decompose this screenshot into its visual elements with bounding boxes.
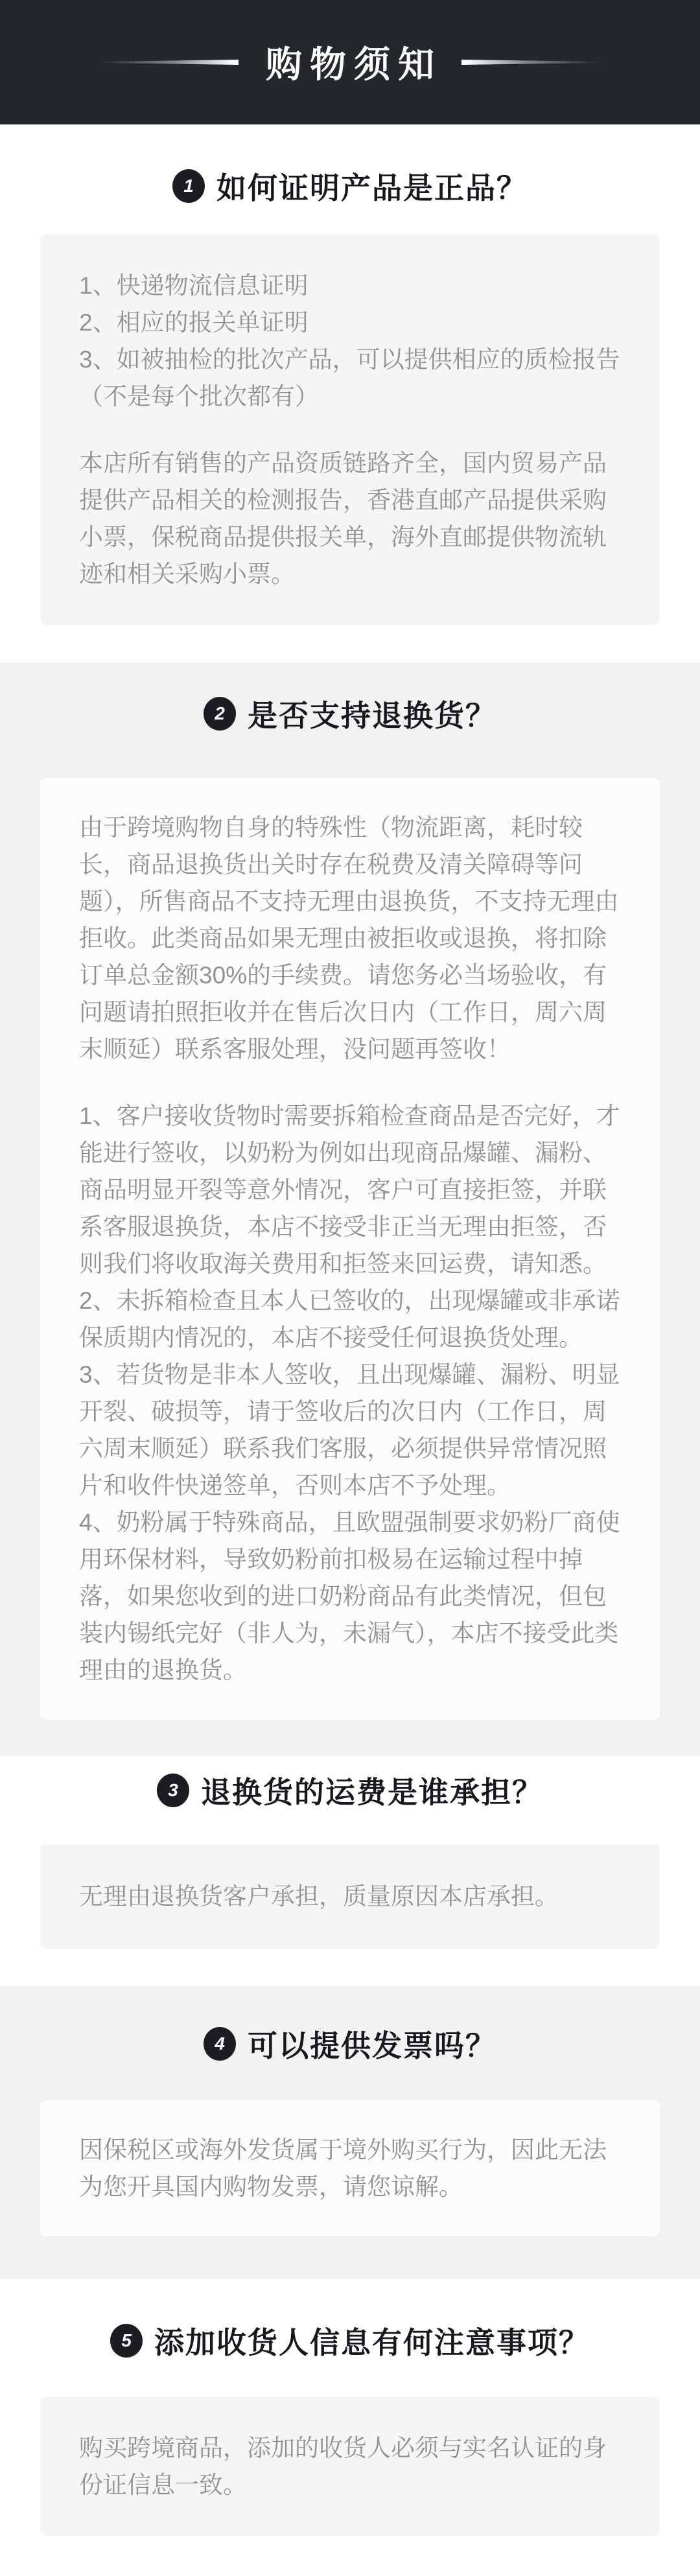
section-returns-policy: 2 是否支持退换货？ 由于跨境购物自身的特殊性（物流距离，耗时较长，商品退换货出…: [0, 662, 700, 1756]
section-2-content-box: 由于跨境购物自身的特殊性（物流距离，耗时较长，商品退换货出关时存在税费及清关障碍…: [40, 778, 660, 1720]
page-title: 购物须知: [266, 36, 442, 88]
section-1-heading-text: 如何证明产品是正品？: [216, 165, 528, 207]
section-recipient-info: 5 添加收货人信息有何注意事项？ 购买跨境商品，添加的收货人必须与实名认证的身份…: [0, 2279, 700, 2576]
section-2-number-badge: 2: [204, 697, 236, 731]
qualification-paragraph: 本店所有销售的产品资质链路齐全，国内贸易产品提供产品相关的检测报告，香港直邮产品…: [79, 445, 621, 592]
header-decor-line-left: [99, 60, 239, 65]
section-5-heading-text: 添加收货人信息有何注意事项？: [154, 2319, 590, 2362]
section-5-content-box: 购买跨境商品，添加的收货人必须与实名认证的身份证信息一致。: [40, 2397, 660, 2536]
section-3-heading: 3 退换货的运费是谁承担？: [0, 1769, 700, 1812]
section-5-heading: 5 添加收货人信息有何注意事项？: [0, 2319, 700, 2362]
section-1-number-badge: 1: [172, 169, 205, 203]
section-invoice: 4 可以提供发票吗？ 因保税区或海外发货属于境外购买行为，因此无法为您开具国内购…: [0, 1986, 700, 2279]
page-header: 购物须知: [0, 0, 700, 124]
header-decor-line-right: [461, 60, 601, 65]
returns-rule-item: 4、奶粉属于特殊商品，且欧盟强制要求奶粉厂商使用环保材料，导致奶粉前扣极易在运输…: [79, 1504, 621, 1689]
section-2-heading: 2 是否支持退换货？: [0, 692, 700, 735]
returns-intro-paragraph: 由于跨境购物自身的特殊性（物流距离，耗时较长，商品退换货出关时存在税费及清关障碍…: [79, 809, 621, 1068]
invoice-text: 因保税区或海外发货属于境外购买行为，因此无法为您开具国内购物发票，请您谅解。: [79, 2131, 621, 2205]
section-3-heading-text: 退换货的运费是谁承担？: [201, 1769, 543, 1812]
shopping-notice-page: 购物须知 1 如何证明产品是正品？ 1、快递物流信息证明 2、相应的报关单证明 …: [0, 0, 700, 2576]
section-1-heading: 1 如何证明产品是正品？: [0, 165, 700, 207]
section-5-number-badge: 5: [110, 2324, 143, 2358]
recipient-info-text: 购买跨境商品，添加的收货人必须与实名认证的身份证信息一致。: [79, 2430, 621, 2503]
proof-list-item: 3、如被抽检的批次产品，可以提供相应的质检报告（不是每个批次都有）: [79, 341, 621, 415]
section-return-shipping-fee: 3 退换货的运费是谁承担？ 无理由退换货客户承担，质量原因本店承担。: [0, 1756, 700, 1986]
section-4-number-badge: 4: [204, 2027, 236, 2061]
shipping-fee-text: 无理由退换货客户承担，质量原因本店承担。: [79, 1878, 621, 1915]
returns-rule-item: 2、未拆箱检查且本人已签收的，出现爆罐或非承诺保质期内情况的，本店不接受任何退换…: [79, 1282, 621, 1356]
returns-rule-item: 1、客户接收货物时需要拆箱检查商品是否完好，才能进行签收，以奶粉为例如出现商品爆…: [79, 1097, 621, 1282]
section-4-content-box: 因保税区或海外发货属于境外购买行为，因此无法为您开具国内购物发票，请您谅解。: [40, 2100, 660, 2236]
proof-list-item: 2、相应的报关单证明: [79, 304, 621, 341]
proof-list-item: 1、快递物流信息证明: [79, 267, 621, 304]
section-1-content-box: 1、快递物流信息证明 2、相应的报关单证明 3、如被抽检的批次产品，可以提供相应…: [40, 235, 660, 625]
section-4-heading: 4 可以提供发票吗？: [0, 2022, 700, 2065]
section-3-content-box: 无理由退换货客户承担，质量原因本店承担。: [40, 1844, 660, 1949]
header-decor-dash-left: [80, 69, 164, 71]
section-4-heading-text: 可以提供发票吗？: [248, 2022, 496, 2065]
header-decor-dash-right: [536, 69, 620, 71]
section-2-heading-text: 是否支持退换货？: [248, 692, 496, 735]
returns-rule-item: 3、若货物是非本人签收，且出现爆罐、漏粉、明显开裂、破损等，请于签收后的次日内（…: [79, 1356, 621, 1504]
section-3-number-badge: 3: [157, 1774, 189, 1807]
section-authenticity: 1 如何证明产品是正品？ 1、快递物流信息证明 2、相应的报关单证明 3、如被抽…: [0, 124, 700, 662]
